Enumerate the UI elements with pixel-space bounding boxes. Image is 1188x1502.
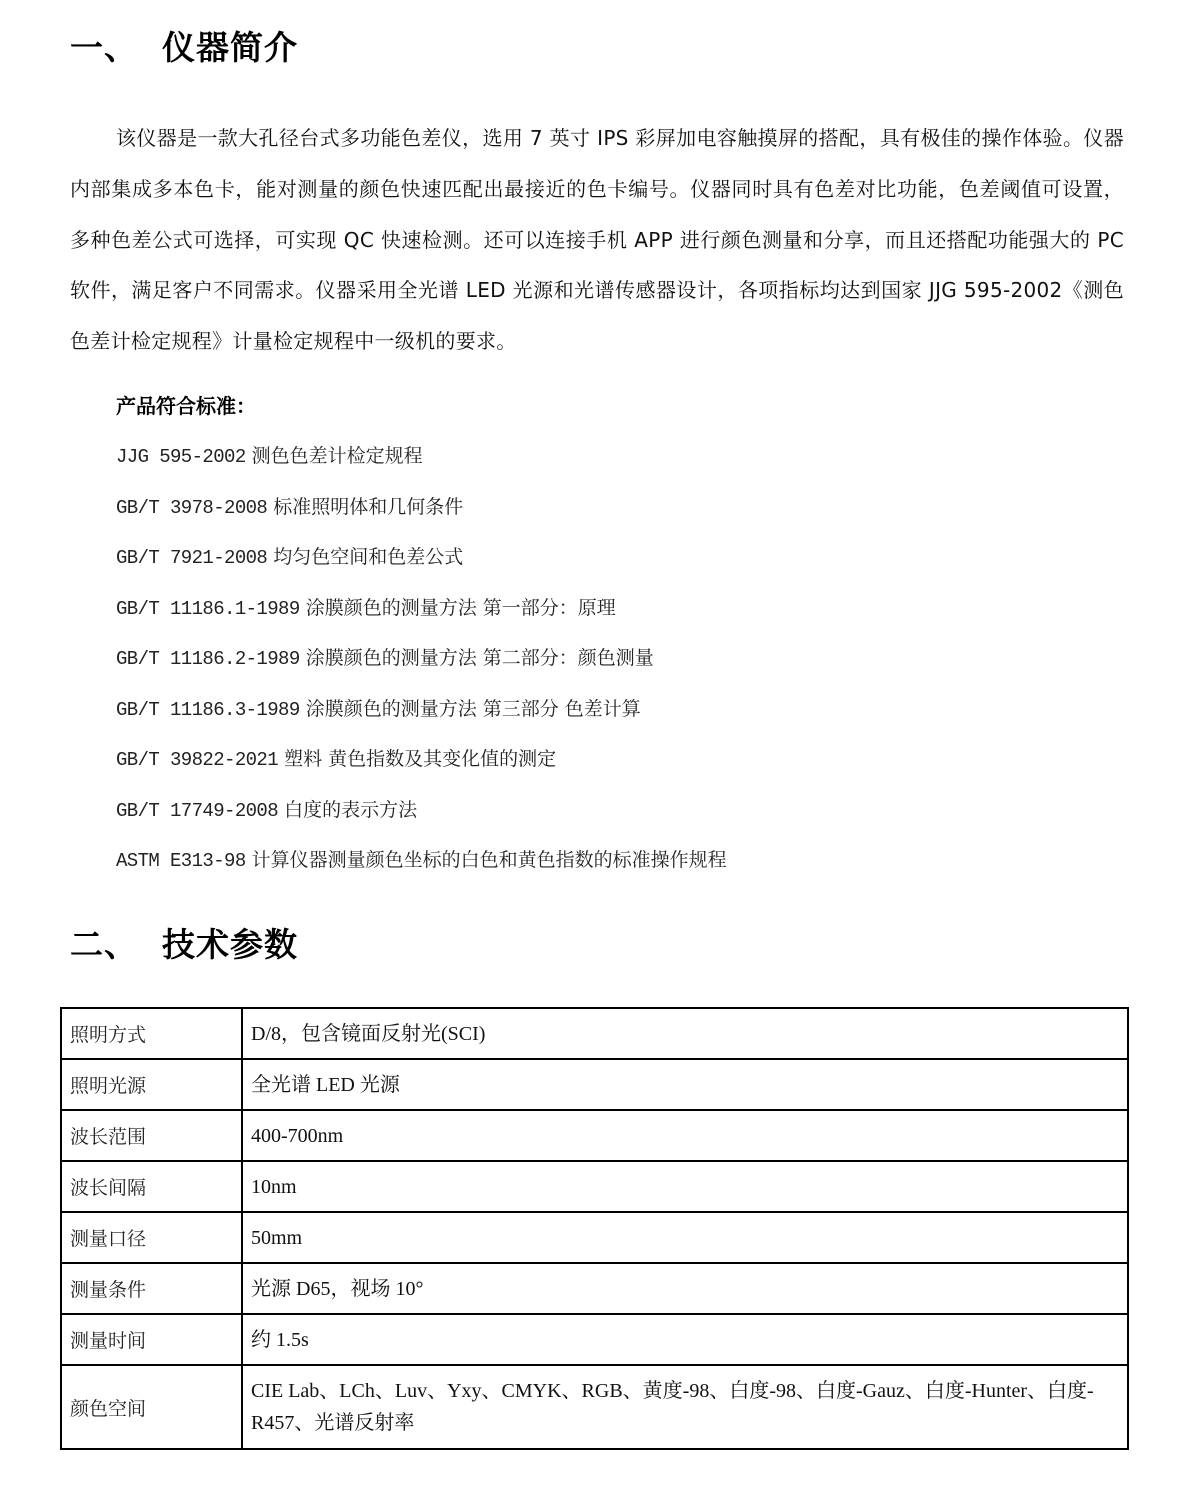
- standard-item: JJG 595-2002 测色色差计检定规程: [116, 438, 727, 489]
- standard-item: GB/T 3978-2008 标准照明体和几何条件: [116, 489, 727, 540]
- standard-code: GB/T 11186.2-1989: [116, 648, 300, 670]
- standard-name: 计算仪器测量颜色坐标的白色和黄色指数的标准操作规程: [252, 849, 727, 871]
- spec-value: 10nm: [242, 1161, 1128, 1212]
- spec-value: 约 1.5s: [242, 1314, 1128, 1365]
- table-row: 测量口径 50mm: [61, 1212, 1128, 1263]
- section-title: 技术参数: [162, 925, 298, 965]
- section-heading-intro: 一、 仪器简介: [70, 28, 298, 68]
- specs-table: 照明方式 D/8，包含镜面反射光(SCI) 照明光源 全光谱 LED 光源 波长…: [60, 1007, 1129, 1450]
- standard-name: 涂膜颜色的测量方法 第一部分：原理: [306, 597, 616, 619]
- standard-code: JJG 595-2002: [116, 446, 246, 468]
- standard-item: GB/T 11186.3-1989 涂膜颜色的测量方法 第三部分 色差计算: [116, 691, 727, 742]
- table-row: 测量条件 光源 D65，视场 10°: [61, 1263, 1128, 1314]
- standards-title: 产品符合标准：: [116, 388, 727, 438]
- standard-item: GB/T 17749-2008 白度的表示方法: [116, 792, 727, 843]
- table-row: 测量时间 约 1.5s: [61, 1314, 1128, 1365]
- standard-code: ASTM E313-98: [116, 850, 246, 872]
- standards-section: 产品符合标准： JJG 595-2002 测色色差计检定规程 GB/T 3978…: [116, 388, 727, 893]
- standard-name: 标准照明体和几何条件: [273, 496, 463, 518]
- standard-item: ASTM E313-98 计算仪器测量颜色坐标的白色和黄色指数的标准操作规程: [116, 842, 727, 893]
- spec-label: 照明光源: [61, 1059, 242, 1110]
- section-number: 二、: [70, 925, 162, 965]
- standard-code: GB/T 39822-2021: [116, 749, 278, 771]
- spec-label: 波长间隔: [61, 1161, 242, 1212]
- spec-label: 波长范围: [61, 1110, 242, 1161]
- table-row: 波长间隔 10nm: [61, 1161, 1128, 1212]
- section-heading-specs: 二、 技术参数: [70, 925, 298, 965]
- table-row: 颜色空间 CIE Lab、LCh、Luv、Yxy、CMYK、RGB、黄度-98、…: [61, 1365, 1128, 1449]
- spec-label: 颜色空间: [61, 1365, 242, 1449]
- standard-name: 涂膜颜色的测量方法 第二部分：颜色测量: [306, 647, 654, 669]
- standard-code: GB/T 11186.3-1989: [116, 699, 300, 721]
- spec-value: CIE Lab、LCh、Luv、Yxy、CMYK、RGB、黄度-98、白度-98…: [242, 1365, 1128, 1449]
- standard-code: GB/T 7921-2008: [116, 547, 267, 569]
- standard-code: GB/T 17749-2008: [116, 800, 278, 822]
- spec-label: 测量条件: [61, 1263, 242, 1314]
- spec-value: 光源 D65，视场 10°: [242, 1263, 1128, 1314]
- standard-item: GB/T 11186.1-1989 涂膜颜色的测量方法 第一部分：原理: [116, 590, 727, 641]
- standard-name: 涂膜颜色的测量方法 第三部分 色差计算: [306, 698, 641, 720]
- standard-name: 白度的表示方法: [284, 799, 417, 821]
- standard-code: GB/T 11186.1-1989: [116, 598, 300, 620]
- spec-value: 400-700nm: [242, 1110, 1128, 1161]
- table-row: 照明方式 D/8，包含镜面反射光(SCI): [61, 1008, 1128, 1059]
- standard-name: 均匀色空间和色差公式: [273, 546, 463, 568]
- standard-item: GB/T 39822-2021 塑料 黄色指数及其变化值的测定: [116, 741, 727, 792]
- intro-paragraph: 该仪器是一款大孔径台式多功能色差仪，选用 7 英寸 IPS 彩屏加电容触摸屏的搭…: [70, 113, 1124, 367]
- spec-value: 50mm: [242, 1212, 1128, 1263]
- standard-item: GB/T 7921-2008 均匀色空间和色差公式: [116, 539, 727, 590]
- spec-label: 照明方式: [61, 1008, 242, 1059]
- table-row: 波长范围 400-700nm: [61, 1110, 1128, 1161]
- standards-list: JJG 595-2002 测色色差计检定规程 GB/T 3978-2008 标准…: [116, 438, 727, 893]
- section-number: 一、: [70, 28, 162, 68]
- standard-name: 塑料 黄色指数及其变化值的测定: [284, 748, 556, 770]
- standard-item: GB/T 11186.2-1989 涂膜颜色的测量方法 第二部分：颜色测量: [116, 640, 727, 691]
- standard-name: 测色色差计检定规程: [252, 445, 423, 467]
- spec-label: 测量口径: [61, 1212, 242, 1263]
- spec-value: 全光谱 LED 光源: [242, 1059, 1128, 1110]
- table-row: 照明光源 全光谱 LED 光源: [61, 1059, 1128, 1110]
- spec-value: D/8，包含镜面反射光(SCI): [242, 1008, 1128, 1059]
- spec-label: 测量时间: [61, 1314, 242, 1365]
- standard-code: GB/T 3978-2008: [116, 497, 267, 519]
- section-title: 仪器简介: [162, 28, 298, 68]
